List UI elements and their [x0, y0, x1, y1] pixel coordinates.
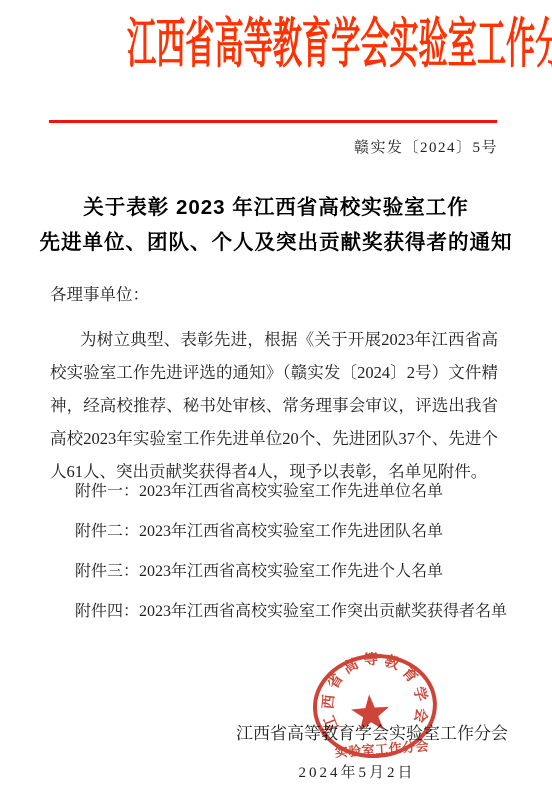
attachment-item-2: 附件二：2023年江西省高校实验室工作先进团队名单 [75, 512, 505, 552]
document-reference-number: 赣实发〔2024〕5号 [354, 136, 498, 157]
letterhead-divider-line [49, 120, 497, 123]
attachment-item-3: 附件三：2023年江西省高校实验室工作先进个人名单 [75, 552, 505, 592]
red-letterhead-title: 江西省高等教育学会实验室工作分会 [127, 15, 425, 73]
notice-title: 关于表彰 2023 年江西省高校实验室工作 先进单位、团队、个人及突出贡献奖获得… [0, 190, 552, 260]
attachment-item-1: 附件一：2023年江西省高校实验室工作先进单位名单 [75, 472, 505, 512]
signature-date: 2024年5月2日 [236, 761, 478, 782]
seal-star [350, 693, 390, 732]
salutation: 各理事单位： [50, 284, 149, 306]
attachment-list: 附件一：2023年江西省高校实验室工作先进单位名单 附件二：2023年江西省高校… [75, 472, 505, 632]
official-document-page: 江西省高等教育学会实验室工作分会 赣实发〔2024〕5号 关于表彰 2023 年… [0, 0, 552, 796]
body-paragraph: 为树立典型、表彰先进，根据《关于开展2023年江西省高校实验室工作先进评选的通知… [50, 323, 498, 488]
official-seal: 江西省高等教育学会 实验室工作分会 [306, 648, 443, 767]
notice-title-line1: 关于表彰 2023 年江西省高校实验室工作 [0, 190, 552, 225]
attachment-item-4: 附件四：2023年江西省高校实验室工作突出贡献奖获得者名单 [75, 592, 505, 632]
notice-title-line2: 先进单位、团队、个人及突出贡献奖获得者的通知 [0, 225, 552, 260]
